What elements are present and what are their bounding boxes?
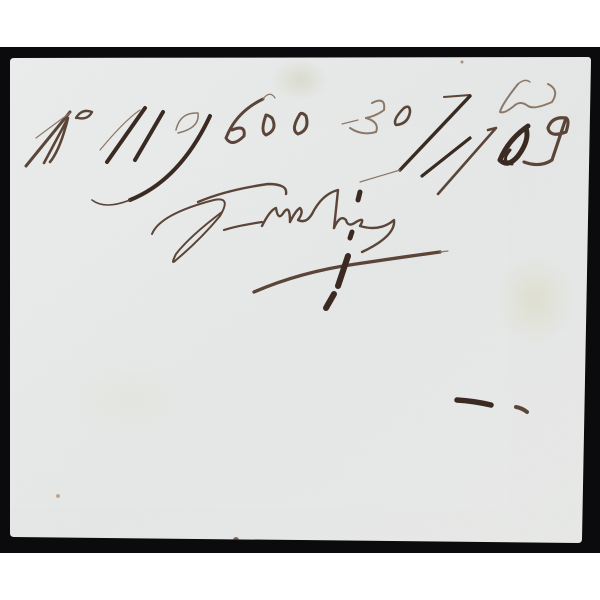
paper-sheet bbox=[0, 40, 600, 560]
paper-document bbox=[0, 0, 600, 600]
document-photo: Nº 119660 30 7bre 1789 J. Melon bbox=[0, 0, 600, 600]
